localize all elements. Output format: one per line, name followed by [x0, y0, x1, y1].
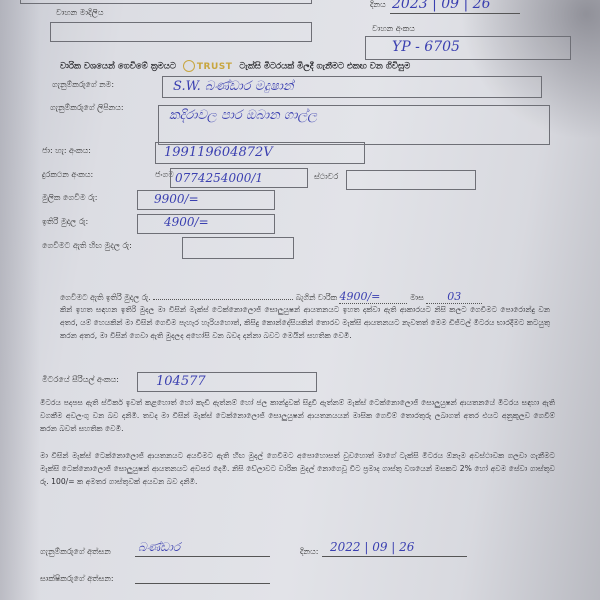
- date-label: දිනය: [370, 0, 386, 10]
- customer-address-field[interactable]: කදිරාවල පාර ඔබාන ගාල්ල: [158, 105, 550, 145]
- customer-name-value: S.W. බණ්ඩාර මදුෂාන්: [173, 79, 293, 94]
- agreement-title-prefix: වාරික වශයෙන් ගෙවීමේ ක්‍රමයට: [60, 62, 176, 72]
- customer-signature-label: ගැනුම්කරුගේ අත්සන: [40, 547, 111, 557]
- installment-monthly-value[interactable]: 4900/=: [339, 290, 407, 304]
- customer-name-label: ගැනුම්කරුගේ නම:: [52, 80, 114, 90]
- witness-signature-label: සාක්ෂිකරුගේ අත්සන:: [40, 574, 114, 584]
- total-price-field[interactable]: 9900/=: [137, 190, 275, 210]
- trust-brand-text: TRUST: [197, 62, 233, 72]
- vehicle-model-field[interactable]: [50, 22, 312, 42]
- nic-field[interactable]: 199119604872V: [155, 142, 365, 164]
- mobile-value: 0774254000/1: [175, 171, 263, 185]
- installment-months-value[interactable]: 03: [426, 290, 482, 304]
- witness-signature-line[interactable]: [135, 583, 270, 584]
- terms-paragraph-1: කින් ඉහත සඳහන ඉතිරි මුදල මා විසින් මැක්ස…: [60, 303, 550, 342]
- vehicle-number-value: YP - 6705: [392, 39, 460, 55]
- vehicle-number-field[interactable]: YP - 6705: [365, 36, 571, 60]
- date-value: 2023 | 09 | 26: [392, 0, 491, 12]
- signature-date-label: දිනය:: [300, 547, 319, 557]
- phone-label: දුරකථන අංකය:: [42, 170, 93, 180]
- total-price-label: මුලික ගෙවීම රු:: [42, 193, 98, 203]
- signature-date-value: 2022 | 09 | 26: [330, 540, 414, 554]
- balance-value: 4900/=: [164, 215, 209, 229]
- trust-logo: TRUST: [183, 62, 235, 72]
- outstanding-field[interactable]: [182, 237, 294, 259]
- customer-signature-value: බණ්ඩාර: [138, 540, 180, 555]
- agreement-title-suffix: ටැක්සි මීටරයක් මිලදී ගැනීමට එකඟ වන ගිවිස…: [239, 62, 410, 72]
- installment-amount-blank[interactable]: [153, 299, 293, 300]
- mobile-field[interactable]: 0774254000/1: [170, 168, 308, 188]
- customer-address-value: කදිරාවල පාර ඔබාන ගාල්ල: [169, 108, 317, 123]
- landline-field[interactable]: [346, 170, 476, 190]
- total-price-value: 9900/=: [154, 192, 199, 206]
- serial-field[interactable]: 104577: [137, 372, 317, 392]
- installment-prefix: ගෙවීමට ඇති ඉතිරි මුදල රු.: [60, 293, 151, 302]
- installment-line: ගෙවීමට ඇති ඉතිරි මුදල රු. බැගින් වාරික 4…: [60, 290, 482, 304]
- customer-name-field[interactable]: S.W. බණ්ඩාර මදුෂාන්: [162, 76, 542, 98]
- serial-label: මීටරයේ සීරියල් අංකය:: [42, 375, 119, 385]
- vehicle-model-label: වාහන මාදිලිය: [56, 8, 104, 18]
- installment-months-label: මාස: [410, 293, 424, 302]
- customer-signature-line[interactable]: [135, 556, 270, 557]
- date-underline: [390, 13, 520, 14]
- customer-address-label: ගැනුම්කරුගේ ලිපිනය:: [50, 103, 124, 113]
- terms-paragraph-2: මීටරය පදපස ඇති ස්ටිකර් ඉවත් කළහොත් හෝ කැ…: [40, 396, 555, 435]
- balance-label: ඉතිරි මුදල රු:: [42, 217, 88, 227]
- terms-paragraph-3: මා විසින් මැක්ස් ටෙක්නොලොජි ආයතනයට අයවීම…: [40, 449, 555, 488]
- signature-date-line[interactable]: [322, 556, 467, 557]
- agreement-title: වාරික වශයෙන් ගෙවීමේ ක්‍රමයට TRUST ටැක්සි…: [60, 60, 410, 72]
- nic-label: ජා: හැ: අංකය:: [42, 146, 91, 156]
- outstanding-label: ගෙවීමට ඇති හිඟ මුදල රු:: [42, 241, 132, 251]
- vehicle-number-label: වාහන අංකය: [372, 24, 415, 34]
- top-partial-box: [20, 0, 312, 4]
- serial-value: 104577: [156, 374, 206, 389]
- trust-logo-icon: [183, 60, 195, 72]
- balance-field[interactable]: 4900/=: [137, 214, 275, 234]
- landline-label: ස්ථාවර: [314, 172, 338, 182]
- nic-value: 199119604872V: [164, 145, 273, 160]
- installment-monthly-label: බැගින් වාරික: [296, 293, 337, 302]
- paper-shadow-left: [0, 0, 40, 600]
